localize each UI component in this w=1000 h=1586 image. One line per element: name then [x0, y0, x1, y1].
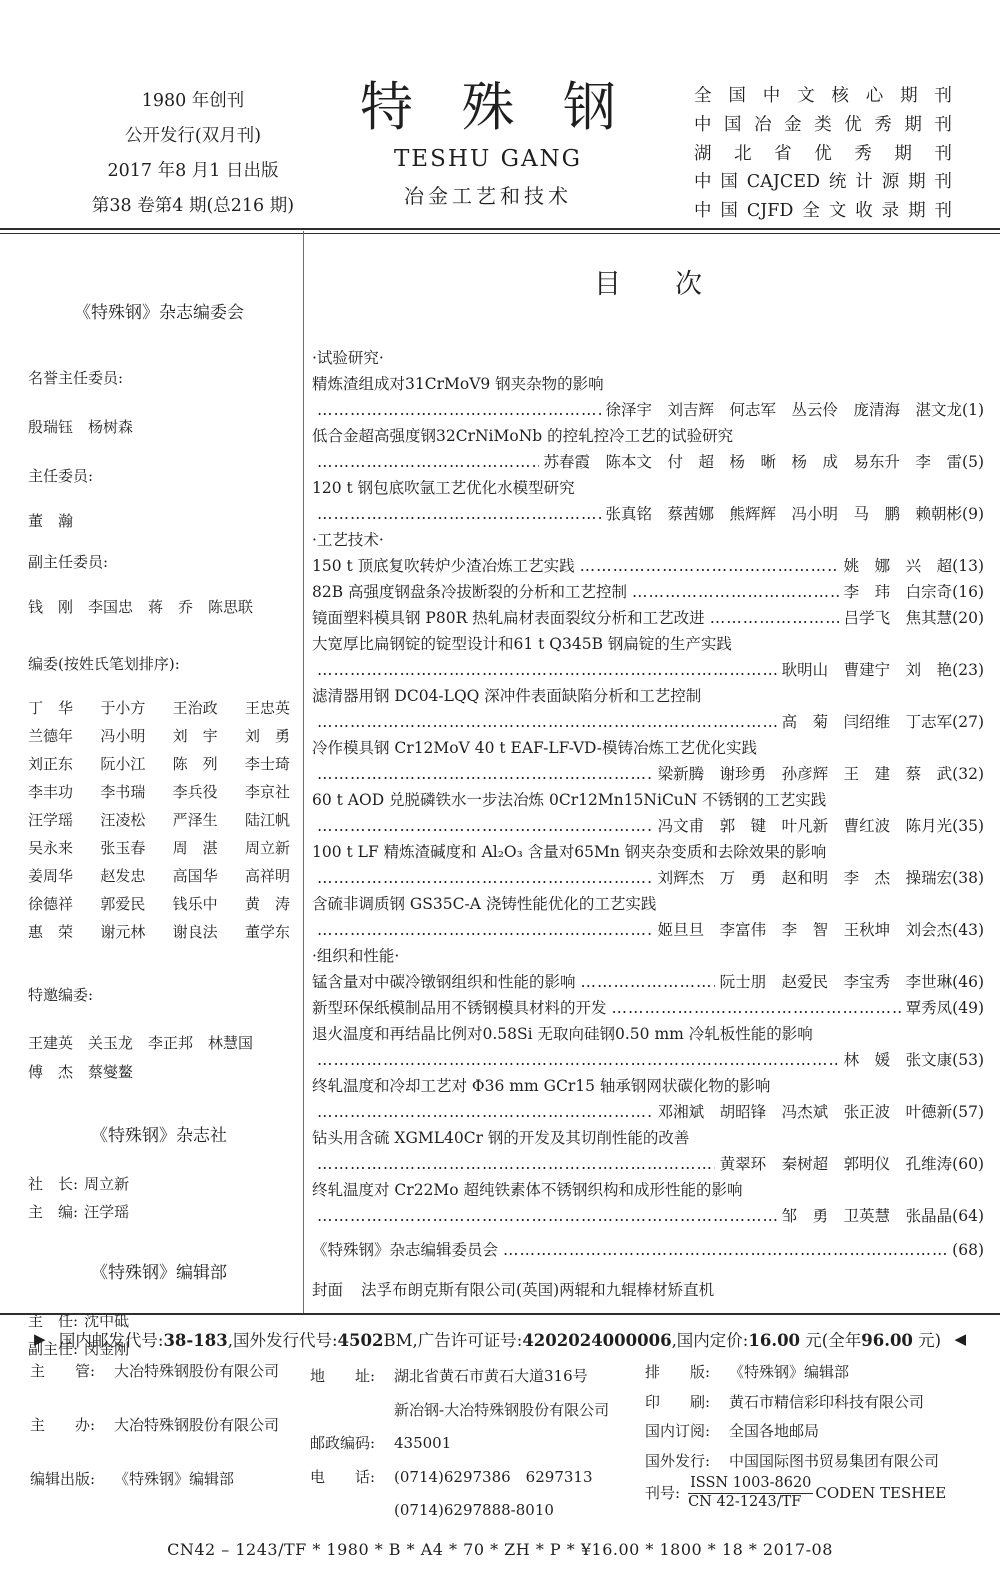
journal-title: 特殊钢 [360, 76, 616, 140]
footer-value: 黄石市精信彩印科技有限公司 [729, 1388, 924, 1418]
toc-entry-line: 82B 高强度钢盘条冷拔断裂的分析和工艺控制………………………………………………… [312, 579, 984, 605]
toc-entry-authors: (68) [952, 1237, 984, 1263]
coden-code: CODEN TESHEE [815, 1485, 946, 1502]
toc-entry-line: …………………………………………………………………………………………………………… [312, 761, 984, 787]
editor-name: 郭爱民 [100, 890, 145, 918]
toc-entry-line: 镜面塑料模具钢 P80R 热轧扁材表面裂纹分析和工艺改进………………………………… [312, 605, 984, 631]
press-line: 社 长: 周立新 [28, 1170, 290, 1198]
editor-name: 惠 荣 [28, 918, 73, 946]
toc-entry-title: 100 t LF 精炼渣碱度和 Al₂O₃ 含量对65Mn 钢夹杂变质和去除效果… [312, 839, 984, 865]
toc-entry-title: 镜面塑料模具钢 P80R 热轧扁材表面裂纹分析和工艺改进 [312, 605, 705, 631]
bottom-code-line: CN42 – 1243/TF * 1980 * B * A4 * 70 * ZH… [0, 1540, 1000, 1559]
footer-value: (0714)6297888-8010 [394, 1494, 554, 1528]
editor-name: 兰德年 [28, 722, 73, 750]
toc-entry-title: 82B 高强度钢盘条冷拔断裂的分析和工艺控制 [312, 579, 627, 605]
toc-entry-authors: 苏春霞 陈本文 付 超 杨 晰 杨 成 易东升 李 雷(5) [544, 449, 984, 475]
honor-line: 全国中文核心期刊 [694, 82, 952, 111]
editorial-dept-title: 《特殊钢》编辑部 [28, 1258, 290, 1283]
footer-label: 国内订阅: [645, 1417, 723, 1447]
footer-col1: 主 管:大冶特殊钢股份有限公司主 办:大冶特殊钢股份有限公司编辑出版:《特殊钢》… [30, 1360, 308, 1522]
column-divider [303, 231, 304, 1313]
footer-label: 主 管: [30, 1360, 108, 1381]
header-divider [0, 228, 1000, 234]
toc-entry: 《特殊钢》杂志编辑委员会…………………………………………………………………………… [312, 1237, 984, 1263]
toc-leader-dots: …………………………………………………………………………………………………………… [317, 397, 601, 423]
toc-entry-line: …………………………………………………………………………………………………………… [312, 1203, 984, 1229]
honor-line: 湖北省优秀期刊 [694, 140, 952, 169]
footer-line: 地 址:湖北省黄石市黄石大道316号 [310, 1360, 642, 1394]
toc-entry-authors: 张真铭 蔡茜娜 熊辉辉 冯小明 马 鹏 赖朝彬(9) [606, 501, 984, 527]
sidebar: 《特殊钢》杂志编委会 名誉主任委员: 殷瑞钰 杨树森 主任委员: 董 瀚 副主任… [28, 282, 290, 1395]
toc-entry-line: …………………………………………………………………………………………………………… [312, 657, 984, 683]
toc-entry-authors: 邓湘斌 胡昭锋 冯杰斌 张正波 叶德新(57) [658, 1099, 984, 1125]
cover-text: 法孚布朗克斯有限公司(英国)两辊和九辊棒材矫直机 [361, 1277, 714, 1303]
editor-name: 李京社 [245, 778, 290, 806]
toc-leader-dots: …………………………………………………………………………………………………………… [317, 449, 539, 475]
strip-part: 38-183 [163, 1331, 227, 1350]
toc-entry: 滤清器用钢 DC04-LQQ 深冲件表面缺陷分析和工艺控制……………………………… [312, 683, 984, 735]
toc-leader-dots: …………………………………………………………………………………………………………… [317, 709, 777, 735]
press-role-name: 周立新 [84, 1170, 129, 1198]
pub-info-line: 2017 年8 月1 日出版 [58, 154, 328, 189]
toc-entry: 精炼渣组成对31CrMoV9 钢夹杂物的影响………………………………………………… [312, 371, 984, 423]
distribution-strip: ▶ 国内邮发代号:38-183,国外发行代号:4502BM,广告许可证号:420… [0, 1327, 1000, 1351]
footer-label: 编辑出版: [30, 1468, 108, 1489]
editor-name: 汪学瑶 [28, 806, 73, 834]
footer-line: 国内订阅:全国各地邮局 [645, 1417, 985, 1447]
toc-entry-authors: 吕学飞 焦其慧(20) [844, 605, 984, 631]
editor-name: 于小方 [100, 694, 145, 722]
editors-label: 编委(按姓氏笔划排序): [28, 653, 290, 674]
toc-leader-dots: …………………………………………………………………………………………………………… [503, 1237, 947, 1263]
footer-value: 湖北省黄石市黄石大道316号 [394, 1360, 588, 1394]
footer-divider [0, 1313, 1000, 1315]
footer-value: (0714)6297386 6297313 [394, 1461, 593, 1495]
director-names: 董 瀚 [28, 510, 290, 531]
header-pub-info: 1980 年创刊公开发行(双月刊)2017 年8 月1 日出版第38 卷第4 期… [58, 84, 328, 224]
toc-entry-title: 新型环保纸模制品用不锈钢模具材料的开发 [312, 995, 607, 1021]
toc-entry-authors: 冯文甫 郭 键 叶凡新 曹红波 陈月光(35) [658, 813, 984, 839]
editor-name: 王忠英 [245, 694, 290, 722]
editor-name: 汪凌松 [100, 806, 145, 834]
editorial-board-title: 《特殊钢》杂志编委会 [28, 298, 290, 323]
deputy-director-names: 钱 刚 李国忠 蒋 乔 陈思联 [28, 596, 290, 617]
editor-name: 李兵役 [173, 778, 218, 806]
toc-entry-line: …………………………………………………………………………………………………………… [312, 1047, 984, 1073]
toc-leader-dots: …………………………………………………………………………………………………………… [581, 969, 715, 995]
toc-entry: 低合金超高强度钢32CrNiMoNb 的控轧控冷工艺的试验研究………………………… [312, 423, 984, 475]
footer-value: 大冶特殊钢股份有限公司 [114, 1414, 279, 1435]
footer-value: 435001 [394, 1427, 451, 1461]
toc-entry: 大宽厚比扁钢锭的锭型设计和61 t Q345B 钢扁锭的生产实践……………………… [312, 631, 984, 683]
toc-entry-title: 含硫非调质钢 GS35C-A 浇铸性能优化的工艺实践 [312, 891, 984, 917]
deputy-director-label: 副主任委员: [28, 551, 290, 572]
toc-heading: 目 次 [312, 262, 984, 301]
toc-section-label: ·试验研究· [312, 345, 984, 371]
toc-entry: 150 t 顶底复吹转炉少渣冶炼工艺实践……………………………………………………… [312, 553, 984, 579]
footer-label: 地 址: [310, 1360, 388, 1394]
footer-value: 大冶特殊钢股份有限公司 [114, 1360, 279, 1381]
editor-name: 周立新 [245, 834, 290, 862]
toc-entry-authors: 覃秀凤(49) [906, 995, 984, 1021]
special-editors-label: 特邀编委: [28, 984, 290, 1005]
right-triangle-icon: ▶ [34, 1330, 46, 1348]
toc-entry: 82B 高强度钢盘条冷拔断裂的分析和工艺控制………………………………………………… [312, 579, 984, 605]
journal-subtitle: 冶金工艺和技术 [360, 180, 616, 209]
footer-col2: 地 址:湖北省黄石市黄石大道316号新冶钢-大冶特殊钢股份有限公司邮政编码:43… [310, 1360, 642, 1528]
editor-name: 高国华 [173, 862, 218, 890]
issn-number: ISSN 1003-8620 [688, 1476, 813, 1494]
editor-name: 刘 勇 [245, 722, 290, 750]
toc-entry-title: 150 t 顶底复吹转炉少渣冶炼工艺实践 [312, 553, 575, 579]
toc-entry-line: …………………………………………………………………………………………………………… [312, 813, 984, 839]
editor-name: 冯小明 [100, 722, 145, 750]
toc-entry-authors: 阮士朋 赵爱民 李宝秀 李世琳(46) [720, 969, 984, 995]
toc-entry-authors: 林 媛 张文康(53) [844, 1047, 984, 1073]
editor-name: 赵发忠 [100, 862, 145, 890]
toc-entry-title: 锰含量对中碳冷镦钢组织和性能的影响 [312, 969, 576, 995]
toc-entry: 终轧温度和冷却工艺对 Φ36 mm GCr15 轴承钢网状碳化物的影响……………… [312, 1073, 984, 1125]
editor-name: 王治政 [173, 694, 218, 722]
toc-entry: 含硫非调质钢 GS35C-A 浇铸性能优化的工艺实践……………………………………… [312, 891, 984, 943]
issn-fraction: ISSN 1003-8620 CN 42-1243/TF [688, 1476, 813, 1511]
press-role-name: 汪学瑶 [84, 1198, 129, 1226]
editor-name: 刘 宇 [173, 722, 218, 750]
toc-entry-authors: 李 玮 白宗奇(16) [844, 579, 984, 605]
press-role-label: 社 长: [28, 1170, 78, 1198]
toc-entry-title: 滤清器用钢 DC04-LQQ 深冲件表面缺陷分析和工艺控制 [312, 683, 984, 709]
toc-entry-title: 终轧温度对 Cr22Mo 超纯铁素体不锈钢织构和成形性能的影响 [312, 1177, 984, 1203]
cover-label: 封面 [312, 1277, 343, 1303]
pub-info-line: 第38 卷第4 期(总216 期) [58, 189, 328, 224]
toc-leader-dots: …………………………………………………………………………………………………………… [317, 761, 653, 787]
strip-part: 4202024000006 [522, 1331, 671, 1350]
editor-name: 谢元林 [100, 918, 145, 946]
director-label: 主任委员: [28, 465, 290, 486]
footer-value: 全国各地邮局 [729, 1417, 819, 1447]
footer-line: (0714)6297888-8010 [310, 1494, 642, 1528]
toc-entry-line: …………………………………………………………………………………………………………… [312, 1151, 984, 1177]
toc-leader-dots: …………………………………………………………………………………………………………… [317, 1151, 715, 1177]
toc-section-label: ·工艺技术· [312, 527, 984, 553]
toc-leader-dots: …………………………………………………………………………………………………………… [317, 1099, 653, 1125]
toc-leader-dots: …………………………………………………………………………………………………………… [580, 553, 839, 579]
strip-part: 16.00 [748, 1331, 800, 1350]
strip-part: ,广告许可证号: [413, 1331, 523, 1350]
toc-entry-title: 退火温度和再结晶比例对0.58Si 无取向硅钢0.50 mm 冷轧板性能的影响 [312, 1021, 984, 1047]
toc-entry-title: 终轧温度和冷却工艺对 Φ36 mm GCr15 轴承钢网状碳化物的影响 [312, 1073, 984, 1099]
toc-entry: 新型环保纸模制品用不锈钢模具材料的开发………………………………………………………… [312, 995, 984, 1021]
footer-line: 编辑出版:《特殊钢》编辑部 [30, 1468, 308, 1489]
magazine-press-title: 《特殊钢》杂志社 [28, 1121, 290, 1146]
toc-entry-title: 低合金超高强度钢32CrNiMoNb 的控轧控冷工艺的试验研究 [312, 423, 984, 449]
editors-grid: 丁 华于小方王治政王忠英兰德年冯小明刘 宇刘 勇刘正东阮小江陈 列李士琦李丰功李… [28, 694, 290, 946]
pub-info-line: 1980 年创刊 [58, 84, 328, 119]
toc-entry-authors: 邹 勇 卫英慧 张晶晶(64) [782, 1203, 984, 1229]
left-triangle-icon: ◀ [954, 1330, 966, 1348]
toc-entry-title: 精炼渣组成对31CrMoV9 钢夹杂物的影响 [312, 371, 984, 397]
cn-number: CN 42-1243/TF [688, 1494, 813, 1511]
editor-name: 吴永来 [28, 834, 73, 862]
footer-label: 印 刷: [645, 1388, 723, 1418]
toc-entry-authors: 姚 娜 兴 超(13) [844, 553, 984, 579]
footer-col3: 排 版:《特殊钢》编辑部印 刷:黄石市精信彩印科技有限公司国内订阅:全国各地邮局… [645, 1358, 985, 1476]
toc-entry: 镜面塑料模具钢 P80R 热轧扁材表面裂纹分析和工艺改进………………………………… [312, 605, 984, 631]
toc-entry: 终轧温度对 Cr22Mo 超纯铁素体不锈钢织构和成形性能的影响………………………… [312, 1177, 984, 1229]
toc-entry: 120 t 钢包底吹氩工艺优化水模型研究……………………………………………………… [312, 475, 984, 527]
editor-name: 谢良法 [173, 918, 218, 946]
toc-leader-dots: …………………………………………………………………………………………………………… [317, 501, 601, 527]
honorary-director-label: 名誉主任委员: [28, 367, 290, 388]
toc-entry-title: 大宽厚比扁钢锭的锭型设计和61 t Q345B 钢扁锭的生产实践 [312, 631, 984, 657]
editor-name: 董学东 [245, 918, 290, 946]
toc-entry-line: …………………………………………………………………………………………………………… [312, 501, 984, 527]
toc-entry: 退火温度和再结晶比例对0.58Si 无取向硅钢0.50 mm 冷轧板性能的影响…… [312, 1021, 984, 1073]
footer-line: 排 版:《特殊钢》编辑部 [645, 1358, 985, 1388]
footer-line: 新冶钢-大冶特殊钢股份有限公司 [310, 1394, 642, 1428]
toc-entry-line: …………………………………………………………………………………………………………… [312, 397, 984, 423]
toc-leader-dots: …………………………………………………………………………………………………………… [317, 865, 653, 891]
editor-name: 刘正东 [28, 750, 73, 778]
journal-masthead: 特殊钢 TESHU GANG 冶金工艺和技术 [360, 76, 616, 209]
honor-line: 中国CJFD全文收录期刊 [694, 197, 952, 226]
journal-title-en: TESHU GANG [360, 146, 616, 172]
editor-name: 徐德祥 [28, 890, 73, 918]
toc-entry-line: 《特殊钢》杂志编辑委员会…………………………………………………………………………… [312, 1237, 984, 1263]
footer-line: 邮政编码:435001 [310, 1427, 642, 1461]
strip-part: 元) [913, 1331, 941, 1350]
strip-part: 元(全年 [800, 1331, 861, 1350]
strip-part: 4502 [338, 1331, 384, 1350]
editor-name: 姜周华 [28, 862, 73, 890]
issn-label: 刊号: [645, 1485, 680, 1502]
honor-line: 中国CAJCED统计源期刊 [694, 168, 952, 197]
header-honors: 全国中文核心期刊中国冶金类优秀期刊湖北省优秀期刊中国CAJCED统计源期刊中国C… [694, 82, 952, 226]
issn-line: 刊号: ISSN 1003-8620 CN 42-1243/TF CODEN T… [645, 1476, 985, 1511]
toc-leader-dots: …………………………………………………………………………………………………………… [317, 813, 653, 839]
press-role-label: 主 编: [28, 1198, 78, 1226]
editor-name: 李书瑞 [100, 778, 145, 806]
footer-label: 电 话: [310, 1461, 388, 1495]
footer-value: 《特殊钢》编辑部 [114, 1468, 234, 1489]
press-line: 主 编: 汪学瑶 [28, 1198, 290, 1226]
footer-label: 排 版: [645, 1358, 723, 1388]
editor-name: 李丰功 [28, 778, 73, 806]
editor-name: 丁 华 [28, 694, 73, 722]
toc-leader-dots: …………………………………………………………………………………………………………… [317, 917, 653, 943]
toc-entry-line: …………………………………………………………………………………………………………… [312, 917, 984, 943]
toc-cover-line: 封面法孚布朗克斯有限公司(英国)两辊和九辊棒材矫直机 [312, 1277, 984, 1303]
toc-entry-line: 新型环保纸模制品用不锈钢模具材料的开发………………………………………………………… [312, 995, 984, 1021]
editor-name: 陆江帆 [245, 806, 290, 834]
special-editors-row: 王建英 关玉龙 李正邦 林慧国 [28, 1029, 290, 1058]
footer-value: 《特殊钢》编辑部 [729, 1358, 849, 1388]
toc-entry-line: 150 t 顶底复吹转炉少渣冶炼工艺实践……………………………………………………… [312, 553, 984, 579]
honorary-director-names: 殷瑞钰 杨树森 [28, 416, 290, 437]
toc-entry-authors: 徐泽宇 刘吉辉 何志军 丛云伶 庞清海 湛文龙(1) [606, 397, 984, 423]
toc-entry-title: 钻头用含硫 XGML40Cr 钢的开发及其切削性能的改善 [312, 1125, 984, 1151]
toc-entry-line: …………………………………………………………………………………………………………… [312, 449, 984, 475]
editor-name: 严泽生 [173, 806, 218, 834]
journal-page: 1980 年创刊公开发行(双月刊)2017 年8 月1 日出版第38 卷第4 期… [0, 0, 1000, 1586]
footer-value: 新冶钢-大冶特殊钢股份有限公司 [394, 1394, 609, 1428]
toc-entry: 锰含量对中碳冷镦钢组织和性能的影响……………………………………………………………… [312, 969, 984, 995]
toc-entry-title: 60 t AOD 兑脱磷铁水一步法冶炼 0Cr12Mn15NiCuN 不锈钢的工… [312, 787, 984, 813]
strip-part: BM [383, 1331, 412, 1350]
editor-name: 阮小江 [100, 750, 145, 778]
strip-part: ,国外发行代号: [228, 1331, 338, 1350]
editor-name: 高祥明 [245, 862, 290, 890]
toc-entry-line: …………………………………………………………………………………………………………… [312, 865, 984, 891]
toc-entry-title: 冷作模具钢 Cr12MoV 40 t EAF-LF-VD-模铸冶炼工艺优化实践 [312, 735, 984, 761]
pub-info-line: 公开发行(双月刊) [58, 119, 328, 154]
footer-line: 主 办:大冶特殊钢股份有限公司 [30, 1414, 308, 1435]
strip-part: 96.00 [861, 1331, 913, 1350]
toc-entry-line: 锰含量对中碳冷镦钢组织和性能的影响……………………………………………………………… [312, 969, 984, 995]
toc-entries: ·试验研究·精炼渣组成对31CrMoV9 钢夹杂物的影响………………………………… [312, 345, 984, 1303]
honor-line: 中国冶金类优秀期刊 [694, 111, 952, 140]
footer-line: 电 话:(0714)6297386 6297313 [310, 1461, 642, 1495]
toc-entry-authors: 刘辉杰 万 勇 赵和明 李 杰 操瑞宏(38) [658, 865, 984, 891]
toc-entry-title: 《特殊钢》杂志编辑委员会 [312, 1237, 498, 1263]
special-editors-row: 傅 杰 蔡燮鳌 [28, 1058, 290, 1087]
toc-entry-line: …………………………………………………………………………………………………………… [312, 1099, 984, 1125]
toc-entry-authors: 黄翠环 秦树超 郭明仪 孔维涛(60) [720, 1151, 984, 1177]
editor-name: 黄 涛 [245, 890, 290, 918]
editor-name: 周 湛 [173, 834, 218, 862]
toc-leader-dots: …………………………………………………………………………………………………………… [632, 579, 839, 605]
editor-name: 张玉春 [100, 834, 145, 862]
toc-entry: 钻头用含硫 XGML40Cr 钢的开发及其切削性能的改善………………………………… [312, 1125, 984, 1177]
footer-label: 主 办: [30, 1414, 108, 1435]
magazine-press-lines: 社 长: 周立新 主 编: 汪学瑶 [28, 1170, 290, 1226]
toc-leader-dots: …………………………………………………………………………………………………………… [710, 605, 839, 631]
editor-name: 陈 列 [173, 750, 218, 778]
toc-entry-authors: 梁新腾 谢珍勇 孙彦辉 王 建 蔡 武(32) [658, 761, 984, 787]
toc-entry: 100 t LF 精炼渣碱度和 Al₂O₃ 含量对65Mn 钢夹杂变质和去除效果… [312, 839, 984, 891]
editor-name: 钱乐中 [173, 890, 218, 918]
toc-entry-authors: 姬旦旦 李富伟 李 智 王秋坤 刘会杰(43) [658, 917, 984, 943]
editor-name: 李士琦 [245, 750, 290, 778]
toc-leader-dots: …………………………………………………………………………………………………………… [317, 1047, 839, 1073]
strip-part: ,国内定价: [672, 1331, 749, 1350]
toc-leader-dots: …………………………………………………………………………………………………………… [317, 657, 777, 683]
toc-leader-dots: …………………………………………………………………………………………………………… [612, 995, 901, 1021]
footer-label [310, 1494, 388, 1528]
footer-line: 主 管:大冶特殊钢股份有限公司 [30, 1360, 308, 1381]
table-of-contents: 目 次 ·试验研究·精炼渣组成对31CrMoV9 钢夹杂物的影响……………………… [312, 252, 984, 1303]
toc-entry-authors: 高 菊 闫绍维 丁志军(27) [782, 709, 984, 735]
footer-label [310, 1394, 388, 1428]
footer-label: 邮政编码: [310, 1427, 388, 1461]
strip-part: 国内邮发代号: [59, 1331, 164, 1350]
toc-entry: 60 t AOD 兑脱磷铁水一步法冶炼 0Cr12Mn15NiCuN 不锈钢的工… [312, 787, 984, 839]
toc-entry-line: …………………………………………………………………………………………………………… [312, 709, 984, 735]
toc-entry-authors: 耿明山 曹建宁 刘 艳(23) [782, 657, 984, 683]
distribution-strip-text: 国内邮发代号:38-183,国外发行代号:4502BM,广告许可证号:42020… [46, 1327, 955, 1351]
toc-section-label: ·组织和性能· [312, 943, 984, 969]
toc-entry-title: 120 t 钢包底吹氩工艺优化水模型研究 [312, 475, 984, 501]
issn-block: 刊号: ISSN 1003-8620 CN 42-1243/TF CODEN T… [645, 1472, 985, 1511]
footer-line: 印 刷:黄石市精信彩印科技有限公司 [645, 1388, 985, 1418]
toc-leader-dots: …………………………………………………………………………………………………………… [317, 1203, 777, 1229]
toc-entry: 冷作模具钢 Cr12MoV 40 t EAF-LF-VD-模铸冶炼工艺优化实践…… [312, 735, 984, 787]
special-rows: 王建英 关玉龙 李正邦 林慧国傅 杰 蔡燮鳌 [28, 1029, 290, 1087]
